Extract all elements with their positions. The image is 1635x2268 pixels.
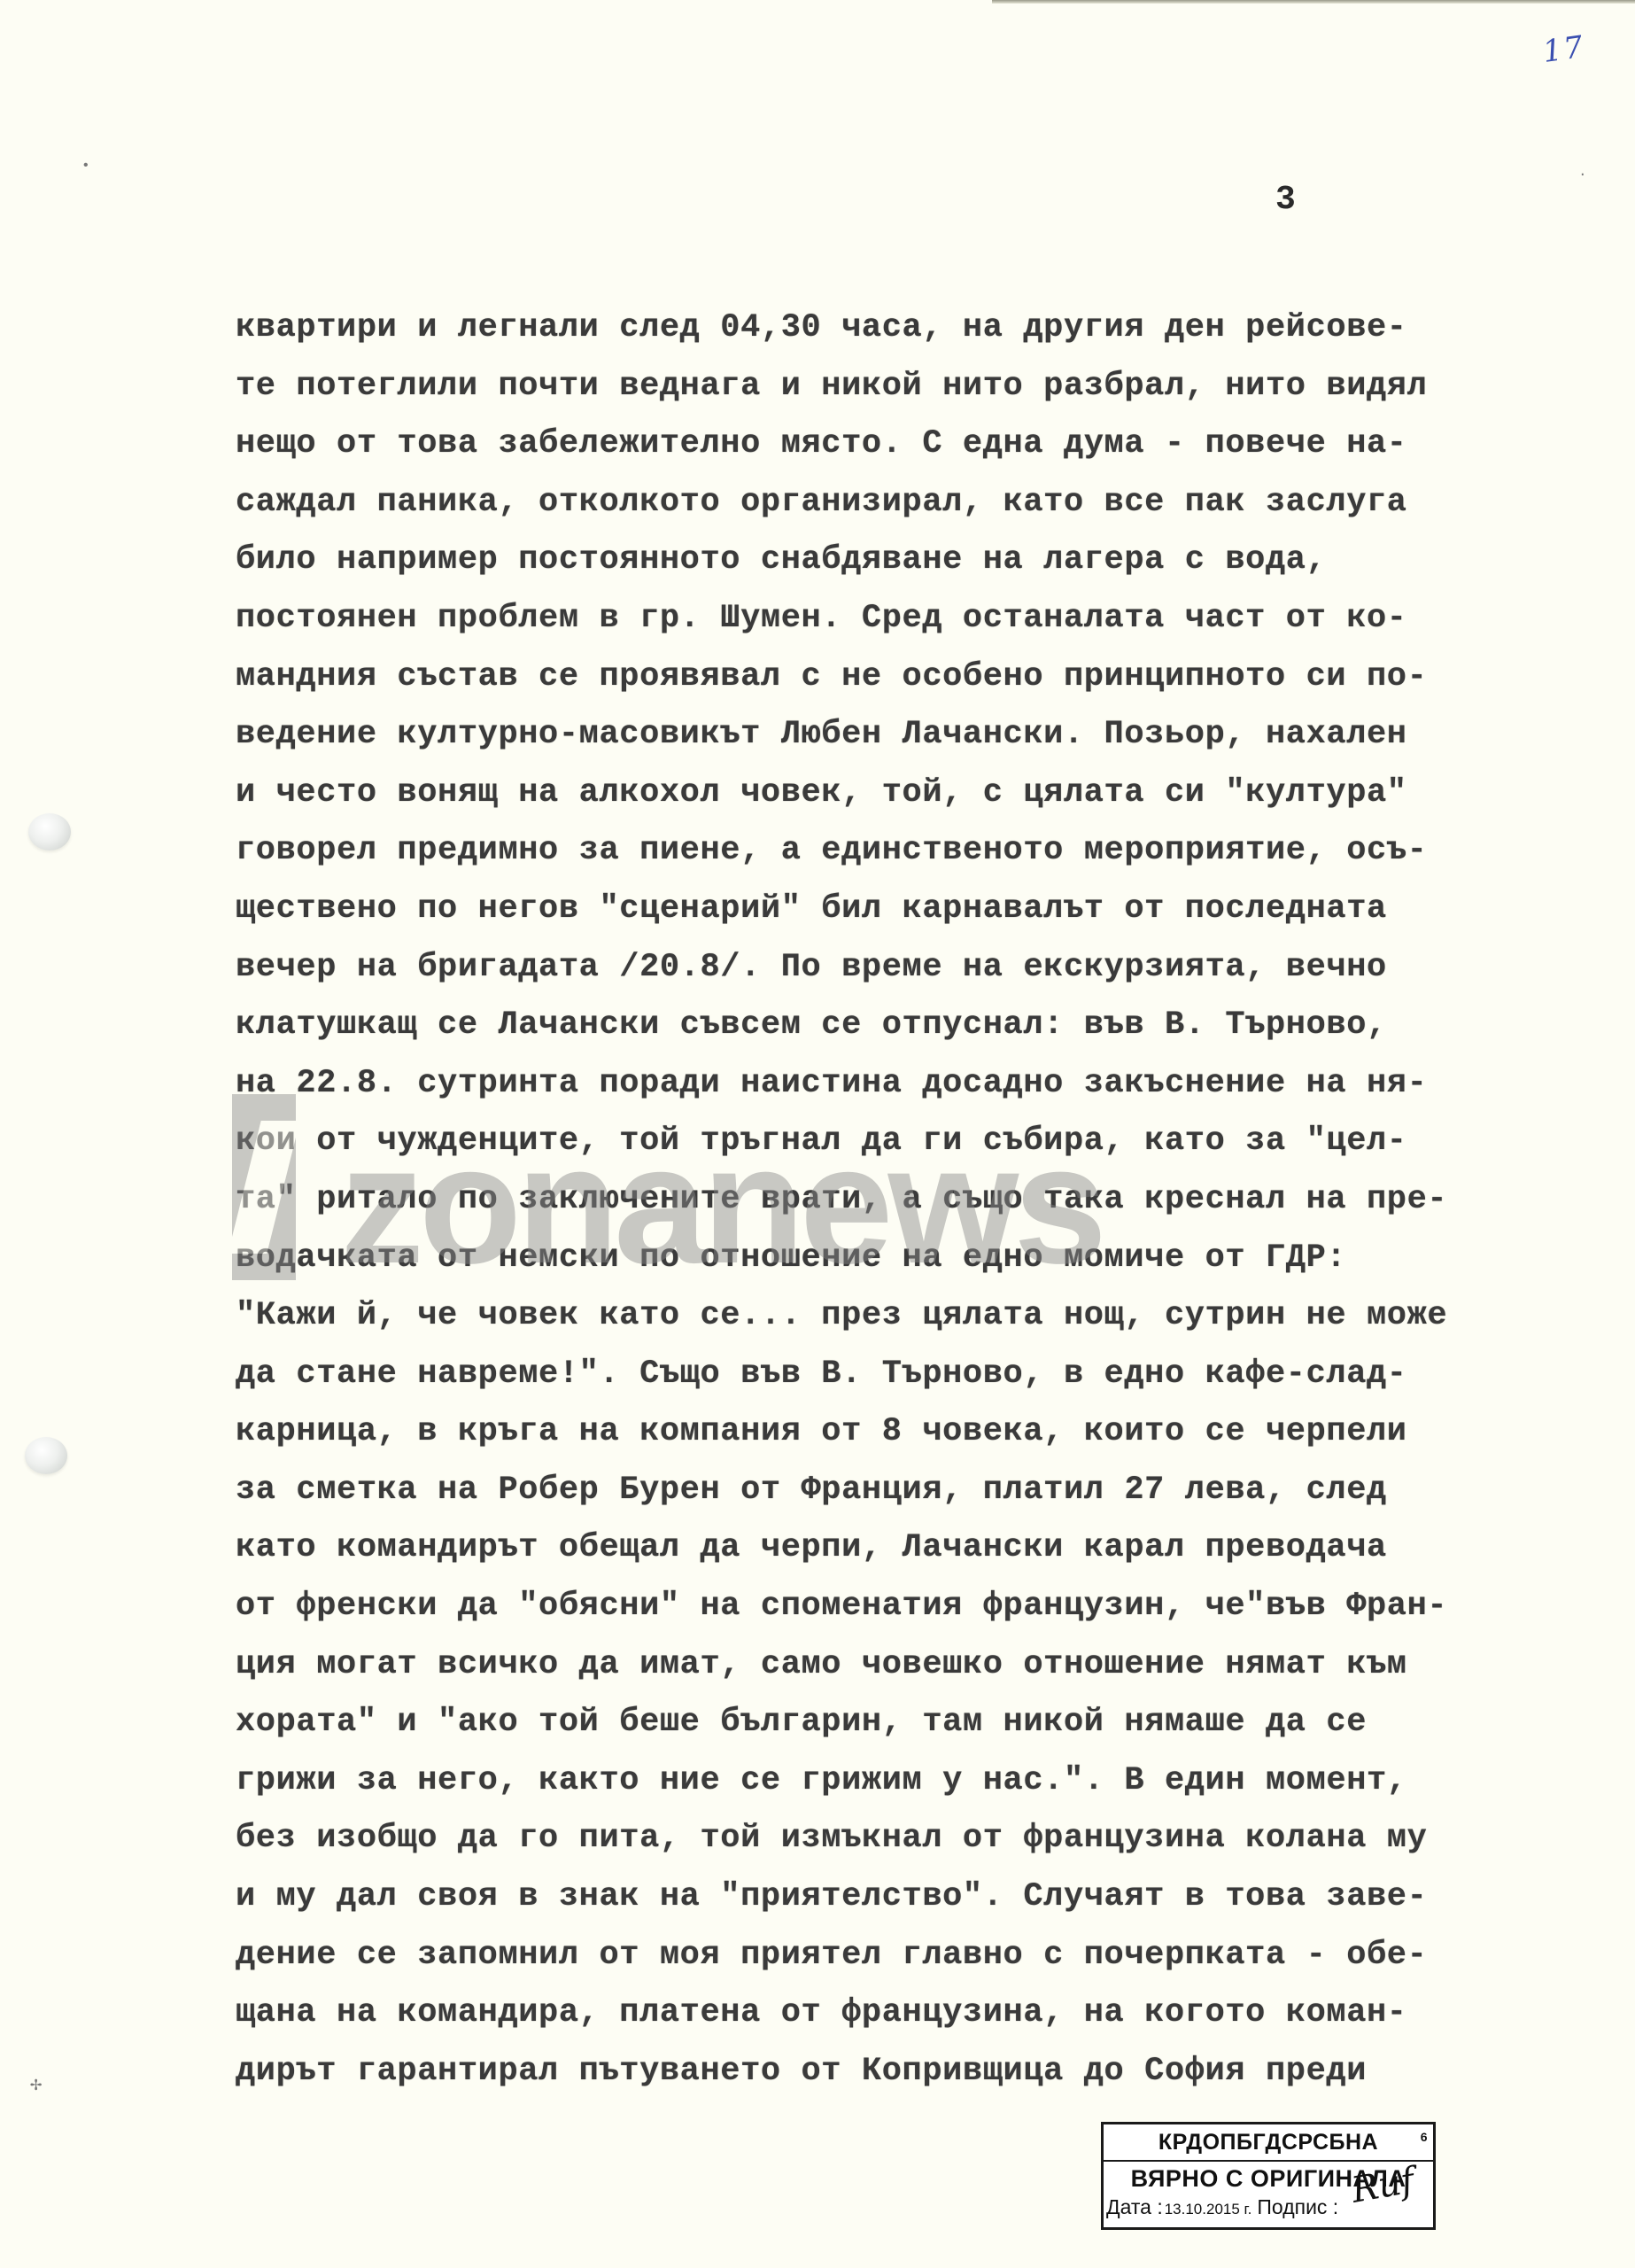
text-line: карница, в кръга на компания от 8 човека… — [236, 1403, 1600, 1462]
text-line: грижи за него, както ние се грижим у нас… — [236, 1752, 1600, 1811]
archive-sheet-number: 17 — [1540, 29, 1586, 70]
text-line: вечер на бригадата /20.8/. По време на е… — [236, 939, 1600, 998]
text-line: дирът гарантирал пътуването от Копривщиц… — [236, 2043, 1600, 2101]
text-line: нещо от това забележително място. С една… — [236, 416, 1600, 474]
document-body: квартири и легнали след 04,30 часа, на д… — [236, 299, 1600, 2101]
stamp-sheet-number: 6 — [1421, 2119, 1428, 2155]
stamp-organization: КРДОПБГДСРСБНА — [1158, 2130, 1378, 2155]
stamp-date-label: Дата : — [1106, 2194, 1163, 2220]
text-line: постоянен проблем в гр. Шумен. Сред оста… — [236, 590, 1600, 649]
text-line: квартири и легнали след 04,30 часа, на д… — [236, 299, 1600, 358]
stamp-date-value: 13.10.2015 г. — [1165, 2196, 1252, 2223]
scan-speck: ✢ — [30, 2073, 42, 2096]
text-line: и често вонящ на алкохол човек, той, с ц… — [236, 765, 1600, 823]
text-line: за сметка на Робер Бурен от Франция, пла… — [236, 1462, 1600, 1520]
text-line: ция могат всичко да имат, само човешко о… — [236, 1636, 1600, 1695]
scan-speck: · — [1578, 167, 1587, 183]
stamp-header: КРДОПБГДСРСБНА 6 — [1104, 2124, 1433, 2162]
text-line: клатушкащ се Лачански съвсем се отпуснал… — [236, 997, 1600, 1055]
text-line: било например постоянното снабдяване на … — [236, 532, 1600, 590]
text-line: кои от чужденците, той тръгнал да ги съб… — [236, 1113, 1600, 1171]
text-line: дение се запомнил от моя приятел главно … — [236, 1927, 1600, 1985]
text-line: те потеглили почти веднага и никой нито … — [236, 358, 1600, 416]
text-line: щана на командира, платена от французина… — [236, 1984, 1600, 2043]
text-line: да стане навреме!". Също във В. Търново,… — [236, 1346, 1600, 1404]
text-line: саждал паника, отколкото организирал, ка… — [236, 474, 1600, 532]
certification-stamp: КРДОПБГДСРСБНА 6 ВЯРНО С ОРИГИНАЛА Дата … — [1101, 2122, 1436, 2230]
text-line: ведение културно-масовикът Любен Лачанск… — [236, 706, 1600, 765]
text-line: като командирът обещал да черпи, Лачанск… — [236, 1519, 1600, 1578]
scan-speck: • — [81, 158, 90, 174]
text-line: на 22.8. сутринта поради наистина досадн… — [236, 1055, 1600, 1114]
text-line: мандния състав се проявявал с не особено… — [236, 649, 1600, 707]
page-number: 3 — [1275, 181, 1296, 219]
text-line: без изобщо да го пита, той измъкнал от ф… — [236, 1810, 1600, 1868]
text-line: от френски да "обясни" на споменатия фра… — [236, 1578, 1600, 1636]
text-line: ществено по негов "сценарий" бил карнава… — [236, 881, 1600, 939]
punch-hole-icon — [28, 813, 71, 850]
text-line: говорел предимно за пиене, а единственот… — [236, 822, 1600, 881]
scan-top-edge — [992, 0, 1635, 4]
punch-hole-icon — [25, 1437, 67, 1474]
stamp-signature-label: Подпис : — [1257, 2194, 1338, 2220]
text-line: водачката от немски по отношение на едно… — [236, 1230, 1600, 1288]
text-line: и му дал своя в знак на "приятелство". С… — [236, 1868, 1600, 1927]
text-line: хората" и "ако той беше българин, там ни… — [236, 1694, 1600, 1752]
text-line: та" ритало по заключените врати, а също … — [236, 1171, 1600, 1230]
text-line: "Кажи й, че човек като се... през цялата… — [236, 1287, 1600, 1346]
